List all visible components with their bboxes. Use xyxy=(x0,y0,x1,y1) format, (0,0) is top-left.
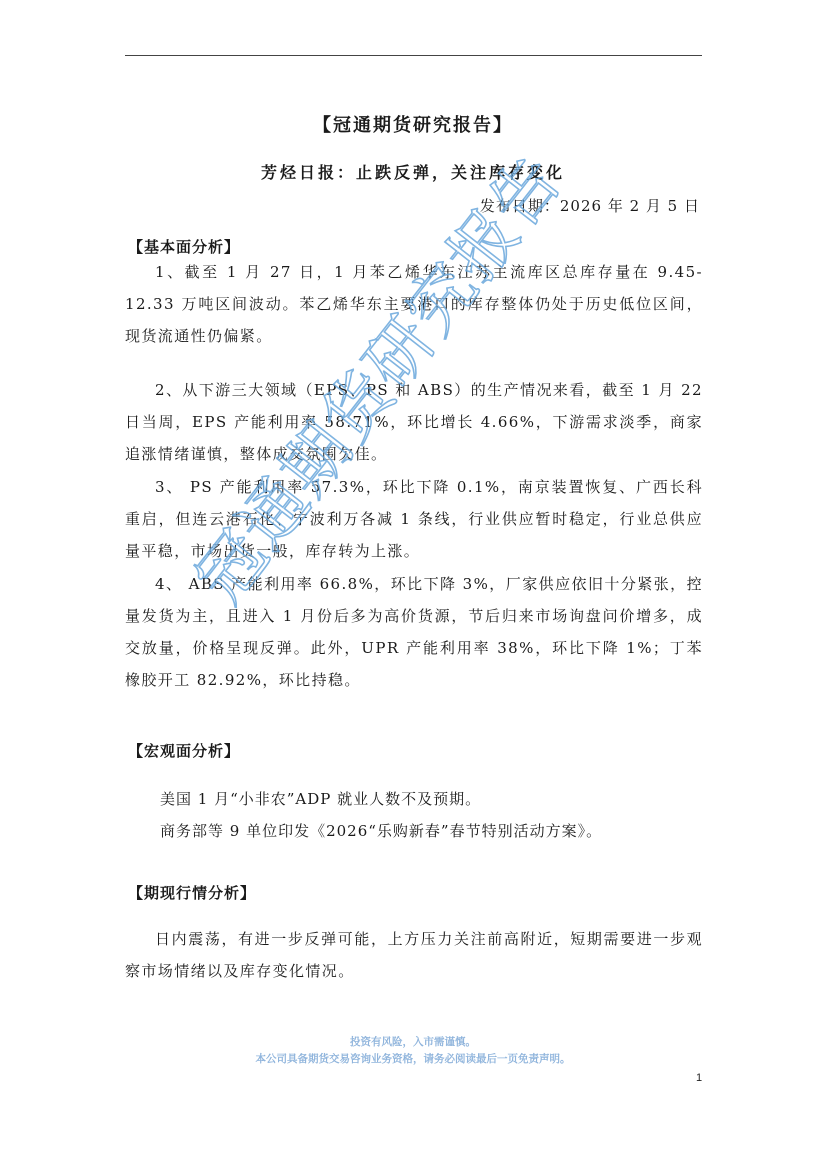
report-subtitle: 芳烃日报：止跌反弹，关注库存变化 xyxy=(0,160,826,183)
section-heading-market: 【期现行情分析】 xyxy=(128,882,256,903)
fundamental-paragraph-3: 3、 PS 产能利用率 57.3%，环比下降 0.1%，南京装置恢复、广西长科重… xyxy=(125,471,703,567)
fundamental-paragraph-2: 2、从下游三大领域（EPS、PS 和 ABS）的生产情况来看，截至 1 月 22… xyxy=(125,374,703,470)
section-heading-fundamental: 【基本面分析】 xyxy=(128,236,240,257)
macro-line-1: 美国 1 月“小非农”ADP 就业人数不及预期。 xyxy=(160,788,481,809)
fundamental-paragraph-1: 1、截至 1 月 27 日，1 月苯乙烯华东江苏主流库区总库存量在 9.45-1… xyxy=(125,256,703,352)
fundamental-paragraph-4: 4、 ABS 产能利用率 66.8%，环比下降 3%，厂家供应依旧十分紧张，控量… xyxy=(125,568,703,696)
market-paragraph: 日内震荡，有进一步反弹可能，上方压力关注前高附近，短期需要进一步观察市场情绪以及… xyxy=(125,923,703,987)
footer-risk-notice: 投资有风险，入市需谨慎。 xyxy=(0,1034,826,1049)
publish-date: 发布日期：2026 年 2 月 5 日 xyxy=(480,195,700,216)
section-heading-macro: 【宏观面分析】 xyxy=(128,740,240,761)
macro-line-2: 商务部等 9 单位印发《2026“乐购新春”春节特别活动方案》。 xyxy=(160,820,602,841)
report-title: 【冠通期货研究报告】 xyxy=(0,111,826,137)
page-number: 1 xyxy=(696,1072,702,1084)
header-rule xyxy=(125,55,702,56)
footer-disclaimer: 本公司具备期货交易咨询业务资格，请务必阅读最后一页免责声明。 xyxy=(0,1051,826,1066)
